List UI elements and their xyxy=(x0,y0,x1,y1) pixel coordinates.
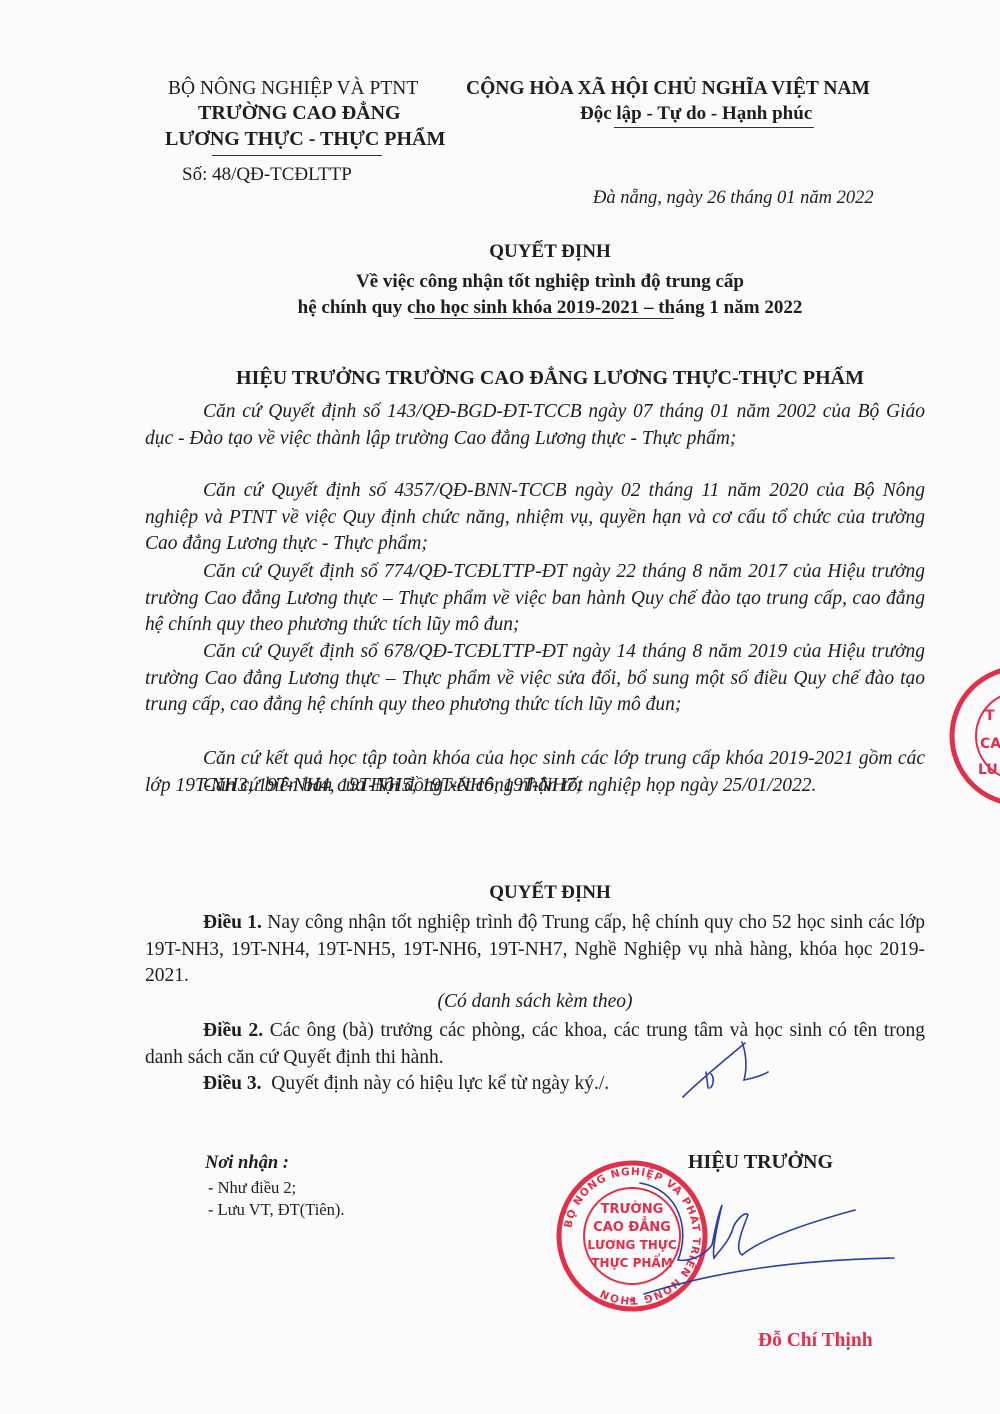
svg-text:★: ★ xyxy=(628,1295,637,1306)
document-number: Số: 48/QĐ-TCĐLTTP xyxy=(182,164,352,186)
recipients-title: Nơi nhận : xyxy=(205,1153,289,1174)
article-label: Điều 1. xyxy=(203,912,262,933)
svg-text:T: T xyxy=(985,708,995,724)
article-3: Điều 3. Quyết định này có hiệu lực kể từ… xyxy=(145,1071,925,1098)
article-text: Quyết định này có hiệu lực kể từ ngày ký… xyxy=(262,1073,610,1094)
legal-basis-item: Căn cứ Quyết định số 678/QĐ-TCĐLTTP-ĐT n… xyxy=(145,639,925,719)
school-name-line1: TRƯỜNG CAO ĐẲNG xyxy=(198,102,401,125)
legal-basis-item: Căn cứ biên bản của Hội đồng xét công nh… xyxy=(145,773,925,800)
legal-basis-item: Căn cứ Quyết định số 774/QĐ-TCĐLTTP-ĐT n… xyxy=(145,559,925,639)
official-seal-icon: TRƯỜNG CAO ĐẲNG LƯƠNG THỰC THỰC PHẨM BỘ … xyxy=(559,1163,705,1309)
seal-text: THỰC PHẨM xyxy=(591,1253,672,1270)
place-and-date: Đà nẵng, ngày 26 tháng 01 năm 2022 xyxy=(593,188,874,209)
subject-line-1: Về việc công nhận tốt nghiệp trình độ tr… xyxy=(160,271,940,293)
decision-heading: QUYẾT ĐỊNH xyxy=(160,882,940,904)
national-motto: Độc lập - Tự do - Hạnh phúc xyxy=(580,103,812,125)
article-label: Điều 3. xyxy=(203,1073,262,1094)
header-divider-right xyxy=(614,127,814,128)
signatory-name: Đỗ Chí Thịnh xyxy=(758,1330,873,1352)
ministry-name: BỘ NÔNG NGHIỆP VÀ PTNT xyxy=(168,78,418,100)
signatory-title: HIỆU TRƯỞNG xyxy=(688,1151,833,1174)
seal-ring-text: BỘ NÔNG NGHIỆP VÀ PHÁT TRIỂN NÔNG THÔN xyxy=(562,1166,702,1306)
subject-line-2: hệ chính quy cho học sinh khóa 2019-2021… xyxy=(160,297,940,319)
svg-text:LU: LU xyxy=(978,762,998,778)
subject-divider xyxy=(414,318,674,319)
legal-basis-item: Căn cứ Quyết định số 4357/QĐ-BNN-TCCB ng… xyxy=(145,478,925,558)
school-name-line2: LƯƠNG THỰC - THỰC PHẨM xyxy=(165,128,445,151)
seal-text: TRƯỜNG xyxy=(601,1201,664,1217)
header-divider-left xyxy=(212,155,382,156)
partial-seal-icon: T CA LU xyxy=(952,668,1000,804)
seal-text: LƯƠNG THỰC xyxy=(587,1238,676,1252)
seal-text: CAO ĐẲNG xyxy=(593,1217,671,1235)
article-1: Điều 1. Nay công nhận tốt nghiệp trình đ… xyxy=(145,910,925,990)
national-title: CỘNG HÒA XÃ HỘI CHỦ NGHĨA VIỆT NAM xyxy=(466,78,870,100)
legal-basis-item: Căn cứ Quyết định số 143/QĐ-BGD-ĐT-TCCB … xyxy=(145,399,925,452)
article-text: Nay công nhận tốt nghiệp trình độ Trung … xyxy=(145,912,925,986)
svg-text:BỘ NÔNG NGHIỆP VÀ PHÁT TRIỂN N: BỘ NÔNG NGHIỆP VÀ PHÁT TRIỂN NÔNG THÔN xyxy=(562,1166,702,1306)
svg-text:CA: CA xyxy=(980,736,1000,752)
article-2: Điều 2. Các ông (bà) trưởng các phòng, c… xyxy=(145,1018,925,1071)
document-title: QUYẾT ĐỊNH xyxy=(160,241,940,263)
article-label: Điều 2. xyxy=(203,1020,263,1041)
issuing-authority: HIỆU TRƯỞNG TRƯỜNG CAO ĐẲNG LƯƠNG THỰC-T… xyxy=(150,367,950,390)
recipient-item: - Như điều 2; xyxy=(208,1178,296,1198)
recipient-item: - Lưu VT, ĐT(Tiên). xyxy=(208,1200,345,1220)
attachment-note: (Có danh sách kèm theo) xyxy=(145,991,925,1013)
